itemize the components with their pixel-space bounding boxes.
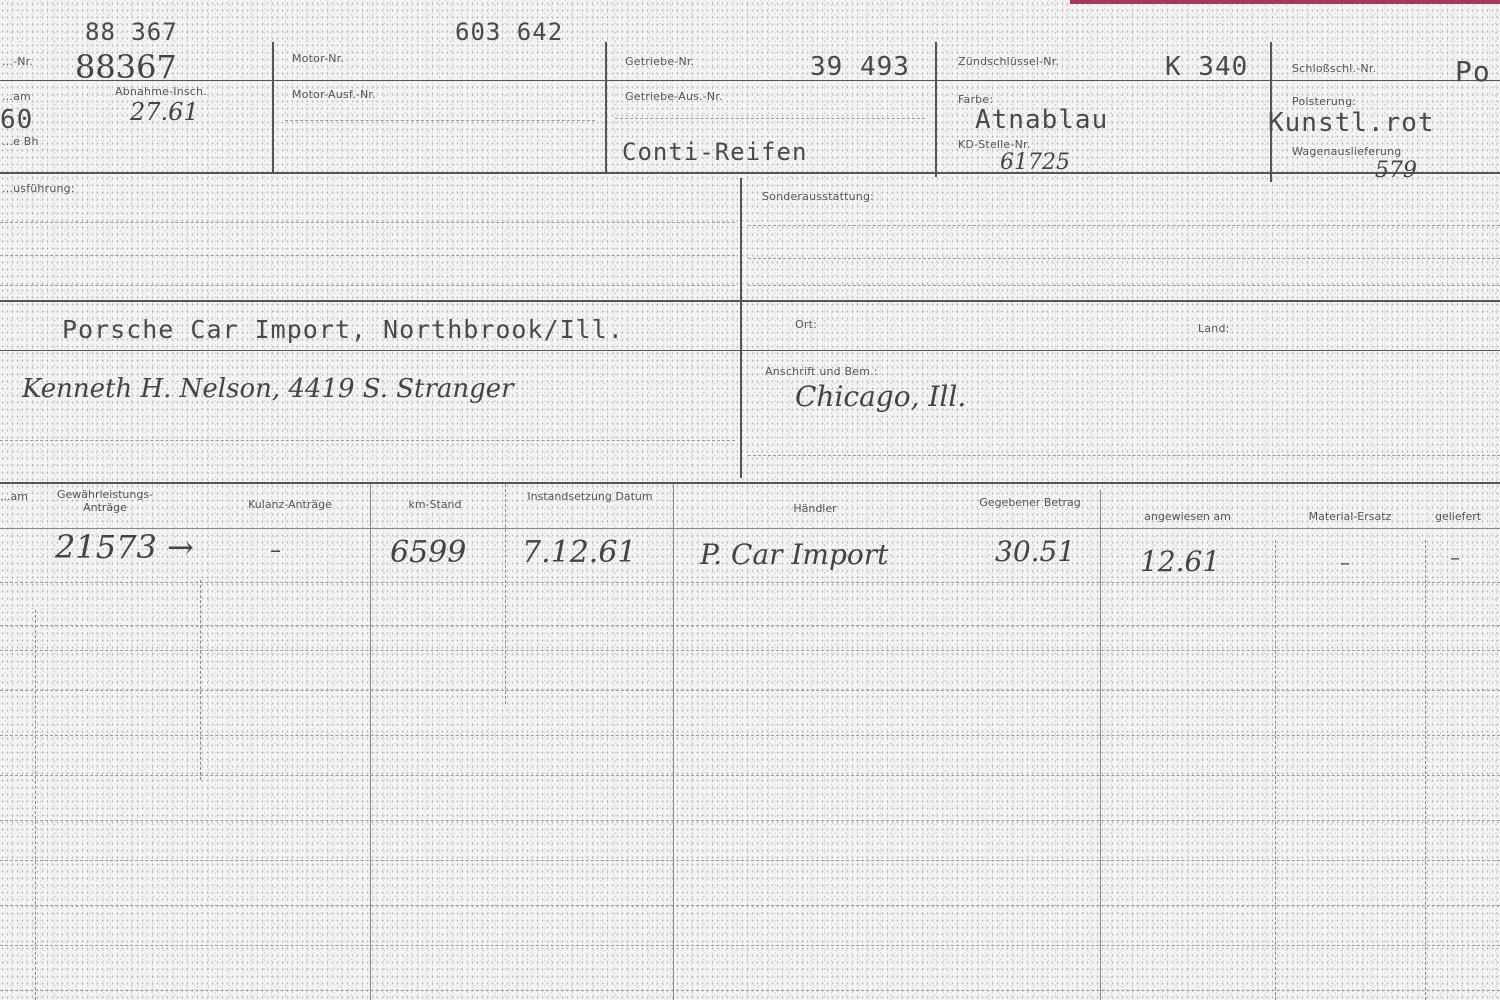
lock-key-number: Po — [1455, 55, 1491, 88]
table-col-divider — [1275, 540, 1276, 1000]
city-label: Ort: — [795, 318, 817, 331]
col-header-material: Material-Ersatz — [1280, 510, 1420, 523]
ruled-line — [0, 690, 1500, 691]
col-header-amount: Gegebener Betrag — [970, 496, 1090, 509]
version-label: ...usführung: — [2, 182, 75, 195]
col-header-repair-date: Instandsetzung Datum — [515, 490, 665, 503]
acceptance-label: Abnahme-Insch. — [115, 85, 207, 98]
ruled-line — [0, 582, 1500, 583]
colour-value: Atnablau — [975, 105, 1108, 135]
header-divider-1 — [0, 80, 1500, 81]
gearbox-number-label: Getriebe-Nr. — [625, 55, 694, 68]
chassis-number-typed: 88 367 — [85, 18, 178, 46]
ruled-line — [0, 860, 1500, 861]
ruled-line — [0, 440, 735, 441]
chassis-label: ...-Nr. — [2, 55, 33, 68]
cell-amount: 30.51 — [995, 535, 1075, 568]
col-header-goodwill-claims: Kulanz-Anträge — [215, 498, 365, 511]
table-col-divider — [1425, 540, 1426, 1000]
cell-paid-on: 12.61 — [1140, 545, 1220, 578]
engine-number-label: Motor-Nr. — [292, 52, 344, 65]
col-header-delivered: geliefert — [1435, 510, 1500, 523]
left-bottom-label: ...e Bh — [2, 135, 39, 148]
acceptance-date: 27.61 — [130, 98, 199, 126]
ruled-line — [0, 735, 1500, 736]
engine-number: 603 642 — [455, 18, 563, 46]
gearbox-variant-label: Getriebe-Aus.-Nr. — [625, 90, 723, 103]
ruled-line — [748, 225, 1500, 226]
table-header-rule — [0, 528, 1500, 529]
ignition-key-number: K 340 — [1165, 52, 1248, 82]
ruled-line — [748, 258, 1500, 259]
ruled-line — [0, 775, 1500, 776]
ruled-line — [0, 255, 735, 256]
cell-mileage: 6599 — [390, 535, 466, 570]
table-col-divider — [505, 484, 506, 704]
cell-repair-date: 7.12.61 — [522, 535, 637, 570]
ruled-line — [0, 945, 1500, 946]
dealer-bottom-rule — [0, 350, 1500, 351]
table-col-divider — [673, 484, 674, 1000]
table-col-divider — [35, 610, 36, 1000]
col-header-dealer: Händler — [740, 502, 890, 515]
tyres-value: Conti-Reifen — [622, 138, 807, 166]
upholstery-value: Kunstl.rot — [1268, 108, 1435, 138]
ruled-line — [0, 990, 1500, 991]
address-value: Chicago, Ill. — [795, 380, 966, 413]
special-equipment-label: Sonderausstattung: — [762, 190, 874, 203]
lock-key-label: Schloßschl.-Nr. — [1292, 62, 1376, 75]
ruled-line — [0, 625, 1500, 626]
ruled-line — [0, 285, 735, 286]
edge-accent-stripe — [1070, 0, 1500, 4]
left-date-label: ...am — [2, 90, 31, 103]
ruled-line — [0, 222, 735, 223]
table-col-divider — [370, 484, 371, 1000]
buyer-value: Kenneth H. Nelson, 4419 S. Stranger — [22, 374, 514, 404]
col-divider-1 — [272, 42, 274, 172]
header-bottom-rule — [0, 172, 1500, 174]
chassis-number-handwritten: 88367 — [75, 48, 177, 86]
engine-variant-label: Motor-Ausf.-Nr. — [292, 88, 376, 101]
service-station-value: 61725 — [1000, 150, 1070, 175]
ruled-line — [748, 455, 1500, 456]
ruled-line — [748, 285, 1500, 286]
upholstery-label: Polsterung: — [1292, 95, 1356, 108]
section-divider — [740, 178, 742, 478]
delivery-value: 579 — [1375, 158, 1417, 183]
col-header-mileage: km-Stand — [380, 498, 490, 511]
cell-goodwill: – — [270, 538, 281, 563]
address-label: Anschrift und Bem.: — [765, 365, 878, 378]
col-header-paid-on: angewiesen am — [1105, 510, 1270, 523]
delivery-label: Wagenauslieferung — [1292, 145, 1401, 158]
table-top-rule — [0, 482, 1500, 484]
cell-delivered: – — [1450, 545, 1460, 569]
col-header-warranty-claims: Gewährleistungs-Anträge — [40, 488, 170, 514]
table-col-divider — [200, 580, 201, 780]
left-date-value: 60 — [0, 105, 33, 135]
gearbox-number: 39 493 — [810, 52, 910, 82]
col-header-am: ...am — [0, 490, 20, 503]
ruled-line — [0, 905, 1500, 906]
table-col-divider — [1100, 490, 1101, 1000]
dealer-value: Porsche Car Import, Northbrook/Ill. — [62, 315, 624, 344]
country-label: Land: — [1198, 322, 1230, 335]
cell-dealer: P. Car Import — [700, 538, 888, 571]
cell-warranty-claim: 21573 → — [55, 528, 194, 566]
dealer-top-rule — [0, 300, 1500, 302]
col-divider-3 — [935, 42, 937, 177]
ruled-line — [0, 820, 1500, 821]
cell-material: – — [1340, 550, 1350, 574]
engine-variant-line — [285, 120, 595, 121]
ignition-key-label: Zündschlüssel-Nr. — [958, 55, 1059, 68]
col-divider-2 — [605, 42, 607, 172]
ruled-line — [0, 650, 1500, 651]
gearbox-variant-line — [615, 118, 925, 119]
